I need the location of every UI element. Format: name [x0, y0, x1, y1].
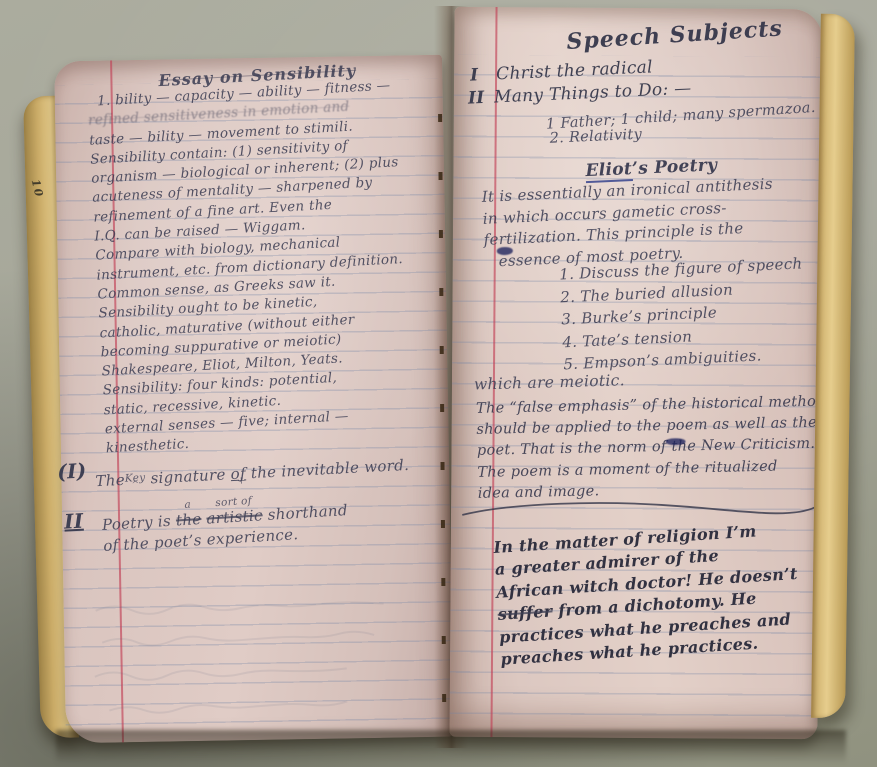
margin-numeral-two: II	[63, 509, 84, 534]
religion-paragraph: In the matter of religion I’m a greater …	[493, 518, 803, 671]
struck-word: suffer	[497, 602, 553, 624]
right-page-title: Speech Subjects	[566, 15, 784, 55]
caret-mark: ^	[131, 483, 139, 488]
right-page: Speech Subjects IChrist the radical IIMa…	[449, 7, 822, 740]
numbered-list: 1. Discuss the figure of speech 2. The b…	[559, 252, 807, 376]
roman-numeral: I	[470, 64, 497, 85]
left-page-body: 1. bility — capacity — ability — fitness…	[87, 76, 414, 459]
inserted-word: a	[184, 501, 191, 510]
notebook-photo: 10 Essay on Sensibility 1. bility — capa…	[0, 0, 877, 767]
false-emphasis-paragraph: The “false emphasis” of the historical m…	[476, 391, 850, 505]
roman-numeral: II	[468, 88, 495, 109]
edge-page-number: 10	[29, 178, 46, 200]
margin-numeral-one: (I)	[57, 458, 87, 483]
struck-word: the	[175, 509, 202, 532]
crossed-underlined-word: of	[230, 464, 246, 483]
book-shadow	[56, 730, 846, 764]
inserted-words: sort of	[215, 497, 252, 508]
ink-showthrough	[91, 595, 444, 751]
left-page: Essay on Sensibility 1. bility — capacit…	[54, 55, 454, 744]
